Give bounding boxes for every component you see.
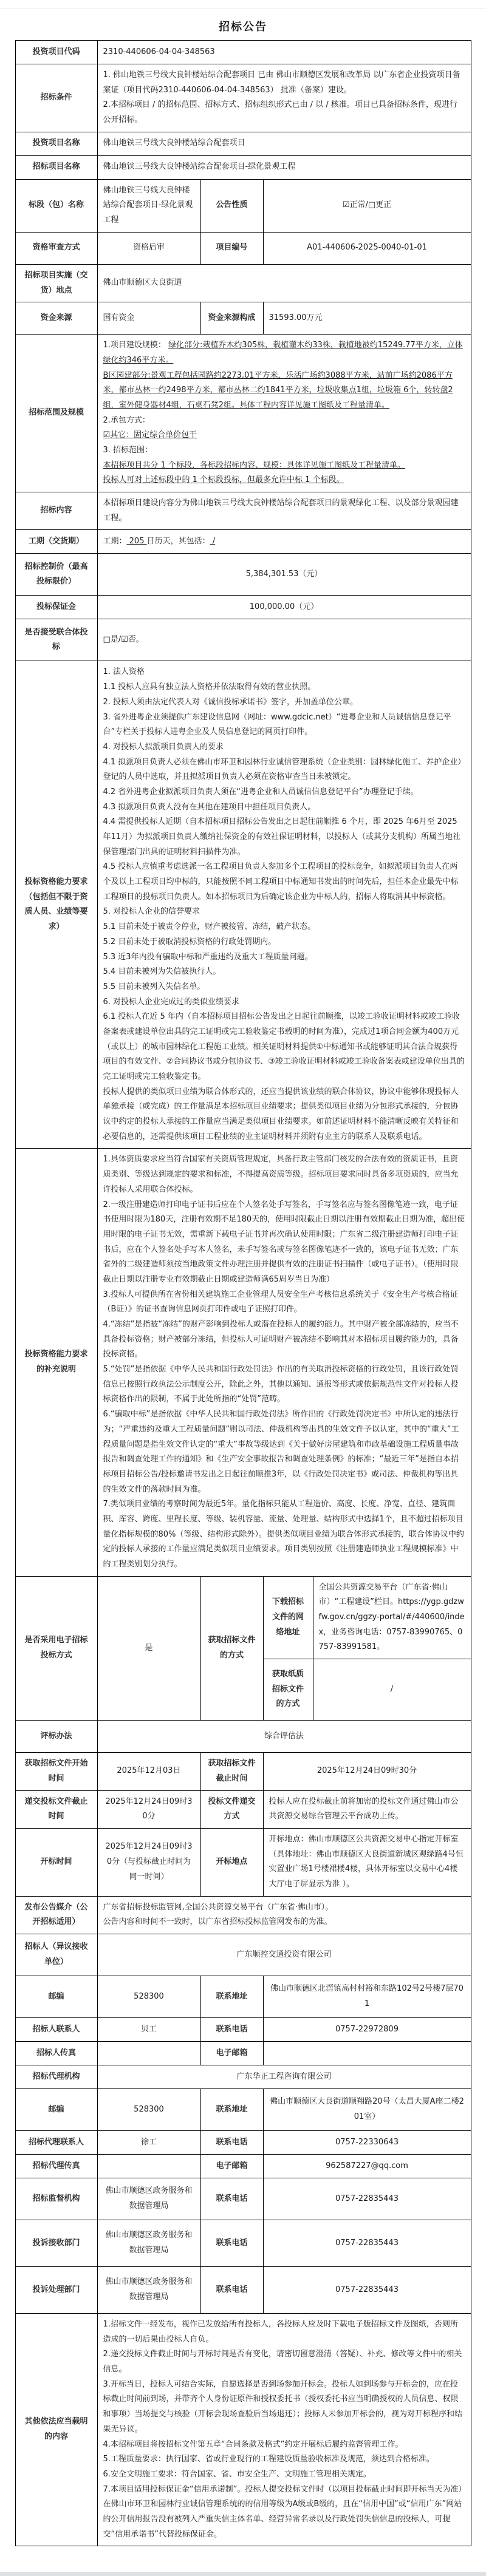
obtain-start-label: 获取招标文件开始时间 [15, 1753, 97, 1790]
bid-conditions-label: 招标条件 [15, 64, 97, 132]
tenderer-phone-value: 0757-22972809 [263, 2018, 471, 2042]
submission-method-value: 投标人应在投标截止前将加密的投标文件通过佛山市公共资源交易综合管理云平台成功上传… [263, 1790, 471, 1828]
section-name-label: 标段（包）名称 [15, 179, 97, 232]
obtain-end-value: 2025年12月24日09时30分 [263, 1753, 471, 1790]
row-qualification-notes: 投标资格能力要求的补充说明 1.具体资质要求应当符合国家有关资质管理规定，具备行… [15, 1149, 471, 1576]
agency-email-label: 电子邮箱 [200, 2155, 263, 2178]
row-complaint-handling: 投诉处理部门 佛山市顺德区政务服务和数据管理局 联系电话 0757-228354… [15, 2267, 471, 2314]
supervisor-value: 佛山市顺德区政务服务和数据管理局 [97, 2178, 200, 2220]
tenderer-email-label: 电子邮箱 [200, 2042, 263, 2065]
complaint-receiving-label: 投诉接收部门 [15, 2220, 97, 2267]
row-agency-fax: 招标代理传真 电子邮箱 962587227@qq.com [15, 2155, 471, 2178]
opening-place-value: 开标地点：佛山市顺德区公共资源交易中心指定开标室（具体地址：佛山市顺德区大良街道… [263, 1828, 471, 1896]
investment-name-value: 佛山地铁三号线大良钟楼站综合配套项目 [97, 132, 471, 155]
row-bid-content: 招标内容 本招标项目建设内容分为佛山地铁三号线大良钟楼站综合配套项目的景观绿化工… [15, 492, 471, 530]
complaint-receiving-value: 佛山市顺德区政务服务和数据管理局 [97, 2220, 200, 2267]
agency-email-value: 962587227@qq.com [263, 2155, 471, 2178]
obtain-start-value: 2025年12月03日 [97, 1753, 200, 1790]
submission-deadline-value: 2025年12月24日09时30分 [97, 1790, 200, 1828]
row-project-code: 投资项目代码 2310-440606-04-04-348563 [15, 41, 471, 64]
agency-contact-value: 徐工 [97, 2131, 200, 2155]
row-submission: 递交投标文件截止时间 2025年12月24日09时30分 投标文件递交方式 投标… [15, 1790, 471, 1828]
tenderer-fax-value [97, 2042, 200, 2065]
download-address-value: 全国公共资源交易平台（广东省·佛山市）“工程建设”栏目。https://ygp.… [313, 1576, 471, 1659]
row-duration: 工期（交货期） 工期： 205 日历天，其包括： / [15, 530, 471, 554]
agency-zip-label: 邮编 [15, 2089, 97, 2131]
row-other-terms: 其他依法应当载明的内容 1.招标文件一经发布，视作已发放给所有投标人，各投标人应… [15, 2314, 471, 2546]
row-bid-deposit: 投标保证金 100,000.00（元） [15, 596, 471, 619]
tender-name-label: 招标项目名称 [15, 155, 97, 179]
bid-conditions-value: 1. 佛山地铁三号线大良钟楼站综合配套项目 已由 佛山市顺德区发展和改革局 以广… [97, 64, 471, 132]
section-name-value: 佛山地铁三号线大良钟楼站综合配套项目-绿化景观工程 [97, 179, 200, 232]
row-bid-conditions: 招标条件 1. 佛山地铁三号线大良钟楼站综合配套项目 已由 佛山市顺德区发展和改… [15, 64, 471, 132]
notice-nature-value: ☑正常/□更正 [263, 179, 471, 232]
tenderer-address-value: 佛山市顺德区北滘镇高村村裕和东路102号2号楼7层701 [263, 1976, 471, 2018]
qualification-notes-value: 1.具体资质要求应当符合国家有关资质管理规定，具备行政主管部门核发的合法有效的资… [97, 1149, 471, 1576]
paper-documents-value: / [313, 1659, 471, 1721]
obtain-end-label: 获取招标文件截止时间 [200, 1753, 263, 1790]
e-bidding-value: 是 [97, 1576, 200, 1720]
qualification-requirements-value: 1. 法人资格 1.1 投标人应具有独立法人资格并依法取得有效的营业执照。 2.… [97, 661, 471, 1149]
agency-address-value: 佛山市顺德区大良街道顺翔路20号（太昌大厦A座二楼201室） [263, 2089, 471, 2131]
tenderer-email-value [263, 2042, 471, 2065]
scope-scale-value: 1.项目建设规模： 绿化部分:栽植乔木约305株，栽植灌木约33株，栽植地被约1… [97, 335, 471, 492]
row-agency-zip: 邮编 528300 联系地址 佛山市顺德区大良街道顺翔路20号（太昌大厦A座二楼… [15, 2089, 471, 2131]
tenderer-contact-value: 贝工 [97, 2018, 200, 2042]
row-tenderer-contact: 招标人联系人 贝工 联系电话 0757-22972809 [15, 2018, 471, 2042]
complaint-receiving-phone-label: 联系电话 [200, 2220, 263, 2267]
project-number-value: A01-440606-2025-0040-01-01 [263, 232, 471, 264]
complaint-handling-phone-value: 0757-22835443 [263, 2267, 471, 2314]
row-complaint-receiving: 投诉接收部门 佛山市顺德区政务服务和数据管理局 联系电话 0757-228354… [15, 2220, 471, 2267]
delivery-location-value: 佛山市顺德区大良街道 [97, 264, 471, 302]
get-documents-label: 获取招标文件的方式 [200, 1576, 263, 1720]
price-ceiling-label: 招标控制价（最高投标限价） [15, 554, 97, 596]
supervisor-phone-value: 0757-22835443 [263, 2178, 471, 2220]
qualification-notes-label: 投标资格能力要求的补充说明 [15, 1149, 97, 1576]
page-bottom-bar [0, 2572, 486, 2576]
row-qualification-requirements: 投标资格能力要求（包括但不限于资质人员、业绩等要求） 1. 法人资格 1.1 投… [15, 661, 471, 1149]
row-section-name: 标段（包）名称 佛山地铁三号线大良钟楼站综合配套项目-绿化景观工程 公告性质 ☑… [15, 179, 471, 232]
project-code-label: 投资项目代码 [15, 41, 97, 64]
tenderer-contact-label: 招标人联系人 [15, 2018, 97, 2042]
row-document-obtain-time: 获取招标文件开始时间 2025年12月03日 获取招标文件截止时间 2025年1… [15, 1753, 471, 1790]
agency-value: 广东华正工程咨询有限公司 [97, 2065, 471, 2089]
tenderer-phone-label: 联系电话 [200, 2018, 263, 2042]
delivery-location-label: 招标项目实施（交货）地点 [15, 264, 97, 302]
tenderer-label: 招标人（异议接收单位） [15, 1934, 97, 1976]
bid-deposit-label: 投标保证金 [15, 596, 97, 619]
other-terms-label: 其他依法应当载明的内容 [15, 2314, 97, 2546]
prequalification-value: 资格后审 [97, 232, 200, 264]
page-title: 招标公告 [0, 18, 486, 34]
announcement-media-label: 发布公告媒介（公开招标适用） [15, 1896, 97, 1934]
tenderer-address-label: 联系地址 [200, 1976, 263, 2018]
project-number-label: 项目编号 [200, 232, 263, 264]
row-e-bidding: 是否采用电子招标投标方式 是 获取招标文件的方式 下载招标文件的网络地址 全国公… [15, 1576, 471, 1659]
funding-composition-label: 资金来源构成 [200, 302, 263, 335]
row-agency: 招标代理机构 广东华正工程咨询有限公司 [15, 2065, 471, 2089]
consortium-label: 是否接受联合体投标 [15, 619, 97, 661]
row-consortium: 是否接受联合体投标 □是/☑否。 [15, 619, 471, 661]
tenderer-zip-value: 528300 [97, 1976, 200, 2018]
row-agency-contact: 招标代理联系人 徐工 联系电话 0757-22330643 [15, 2131, 471, 2155]
agency-phone-label: 联系电话 [200, 2131, 263, 2155]
consortium-value: □是/☑否。 [97, 619, 471, 661]
supervisor-label: 招标监督机构 [15, 2178, 97, 2220]
evaluation-method-label: 评标办法 [15, 1721, 97, 1753]
page-top-divider [0, 8, 486, 8]
submission-method-label: 投标文件递交方式 [200, 1790, 263, 1828]
row-tender-name: 招标项目名称 佛山地铁三号线大良钟楼站综合配套项目-绿化景观工程 [15, 155, 471, 179]
duration-label: 工期（交货期） [15, 530, 97, 554]
submission-deadline-label: 递交投标文件截止时间 [15, 1790, 97, 1828]
announcement-media-value: 广东省招标投标监管网,全国公共资源交易平台（广东省·佛山市）。 公告内容和时间不… [97, 1896, 471, 1934]
tender-notice-table: 投资项目代码 2310-440606-04-04-348563 招标条件 1. … [15, 40, 471, 2546]
opening-time-value: 2025年12月24日09时30分（与投标截止时间为同一时间） [97, 1828, 200, 1896]
row-prequalification: 资格审查方式 资格后审 项目编号 A01-440606-2025-0040-01… [15, 232, 471, 264]
row-scope-scale: 招标范围及规模 1.项目建设规模： 绿化部分:栽植乔木约305株，栽植灌木约33… [15, 335, 471, 492]
tender-name-value: 佛山地铁三号线大良钟楼站综合配套项目-绿化景观工程 [97, 155, 471, 179]
funding-source-value: 国有资金 [97, 302, 200, 335]
agency-label: 招标代理机构 [15, 2065, 97, 2089]
complaint-handling-phone-label: 联系电话 [200, 2267, 263, 2314]
row-price-ceiling: 招标控制价（最高投标限价） 5,384,301.53（元） [15, 554, 471, 596]
investment-name-label: 投资项目名称 [15, 132, 97, 155]
complaint-handling-label: 投诉处理部门 [15, 2267, 97, 2314]
other-terms-value: 1.招标文件一经发布，视作已发放给所有投标人，各投标人应及时下载电子版招标文件及… [97, 2314, 471, 2546]
row-tenderer-fax: 招标人传真 电子邮箱 [15, 2042, 471, 2065]
row-announcement-media: 发布公告媒介（公开招标适用） 广东省招标投标监管网,全国公共资源交易平台（广东省… [15, 1896, 471, 1934]
bid-content-value: 本招标项目建设内容分为佛山地铁三号线大良钟楼站综合配套项目的景观绿化工程、以及部… [97, 492, 471, 530]
row-investment-name: 投资项目名称 佛山地铁三号线大良钟楼站综合配套项目 [15, 132, 471, 155]
complaint-handling-value: 佛山市顺德区政务服务和数据管理局 [97, 2267, 200, 2314]
tenderer-zip-label: 邮编 [15, 1976, 97, 2018]
row-tenderer: 招标人（异议接收单位） 广东顺控交通投资有限公司 [15, 1934, 471, 1976]
complaint-receiving-phone-value: 0757-22835443 [263, 2220, 471, 2267]
prequalification-label: 资格审查方式 [15, 232, 97, 264]
row-funding-source: 资金来源 国有资金 资金来源构成 31593.00万元 [15, 302, 471, 335]
agency-zip-value: 528300 [97, 2089, 200, 2131]
supervisor-phone-label: 联系电话 [200, 2178, 263, 2220]
price-ceiling-value: 5,384,301.53（元） [97, 554, 471, 596]
scope-scale-label: 招标范围及规模 [15, 335, 97, 492]
opening-place-label: 开标地点 [200, 1828, 263, 1896]
project-code-value: 2310-440606-04-04-348563 [97, 41, 471, 64]
row-tenderer-zip: 邮编 528300 联系地址 佛山市顺德区北滘镇高村村裕和东路102号2号楼7层… [15, 1976, 471, 2018]
agency-fax-value [97, 2155, 200, 2178]
notice-nature-label: 公告性质 [200, 179, 263, 232]
tenderer-value: 广东顺控交通投资有限公司 [97, 1934, 471, 1976]
download-address-label: 下载招标文件的网络地址 [263, 1576, 313, 1659]
tenderer-fax-label: 招标人传真 [15, 2042, 97, 2065]
agency-phone-value: 0757-22330643 [263, 2131, 471, 2155]
bid-content-label: 招标内容 [15, 492, 97, 530]
agency-fax-label: 招标代理传真 [15, 2155, 97, 2178]
funding-source-label: 资金来源 [15, 302, 97, 335]
evaluation-method-value: 综合评估法 [97, 1721, 471, 1753]
bid-deposit-value: 100,000.00（元） [97, 596, 471, 619]
e-bidding-label: 是否采用电子招标投标方式 [15, 1576, 97, 1720]
row-evaluation-method: 评标办法 综合评估法 [15, 1721, 471, 1753]
funding-composition-value: 31593.00万元 [263, 302, 471, 335]
qualification-requirements-label: 投标资格能力要求（包括但不限于资质人员、业绩等要求） [15, 661, 97, 1149]
row-supervisor: 招标监督机构 佛山市顺德区政务服务和数据管理局 联系电话 0757-228354… [15, 2178, 471, 2220]
opening-time-label: 开标时间 [15, 1828, 97, 1896]
agency-contact-label: 招标代理联系人 [15, 2131, 97, 2155]
row-delivery-location: 招标项目实施（交货）地点 佛山市顺德区大良街道 [15, 264, 471, 302]
agency-address-label: 联系地址 [200, 2089, 263, 2131]
paper-documents-label: 获取纸质招标文件的方式 [263, 1659, 313, 1721]
duration-value: 工期： 205 日历天，其包括： / [97, 530, 471, 554]
row-opening: 开标时间 2025年12月24日09时30分（与投标截止时间为同一时间） 开标地… [15, 1828, 471, 1896]
